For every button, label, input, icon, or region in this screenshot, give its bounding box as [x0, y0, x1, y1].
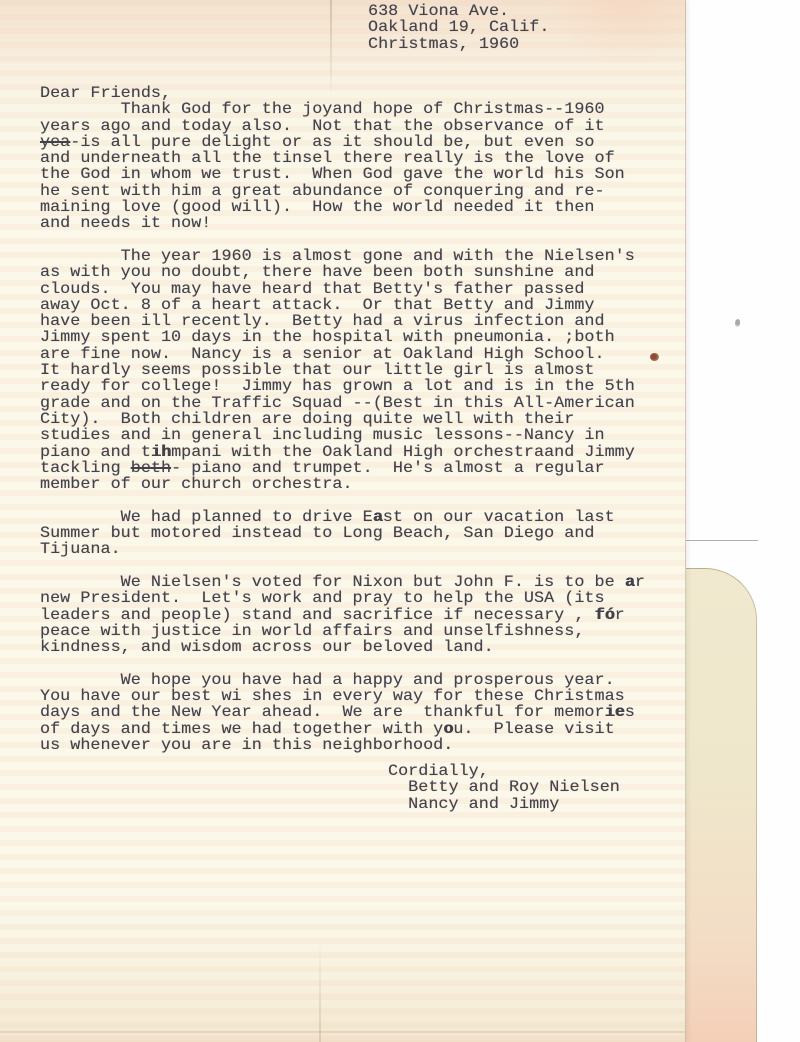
letter-paper: 638 Viona Ave. Oakland 19, Calif. Christ…: [0, 0, 686, 1042]
scanned-letter-scene: 638 Viona Ave. Oakland 19, Calif. Christ…: [0, 0, 800, 1042]
fold-crease-top: [330, 0, 332, 92]
gray-dust-speck: [735, 319, 740, 327]
fold-crease-bottom: [319, 945, 321, 1042]
letter-heading: 638 Viona Ave. Oakland 19, Calif. Christ…: [368, 3, 549, 52]
paper-flap-behind: [682, 568, 757, 1042]
letter-closing-signature: Cordially, Betty and Roy Nielsen Nancy a…: [388, 763, 620, 812]
letter-body: Dear Friends, Thank God for the joyand h…: [40, 85, 645, 753]
red-stain-speck: [650, 353, 659, 361]
paper-bottom-edge: [0, 1031, 685, 1033]
